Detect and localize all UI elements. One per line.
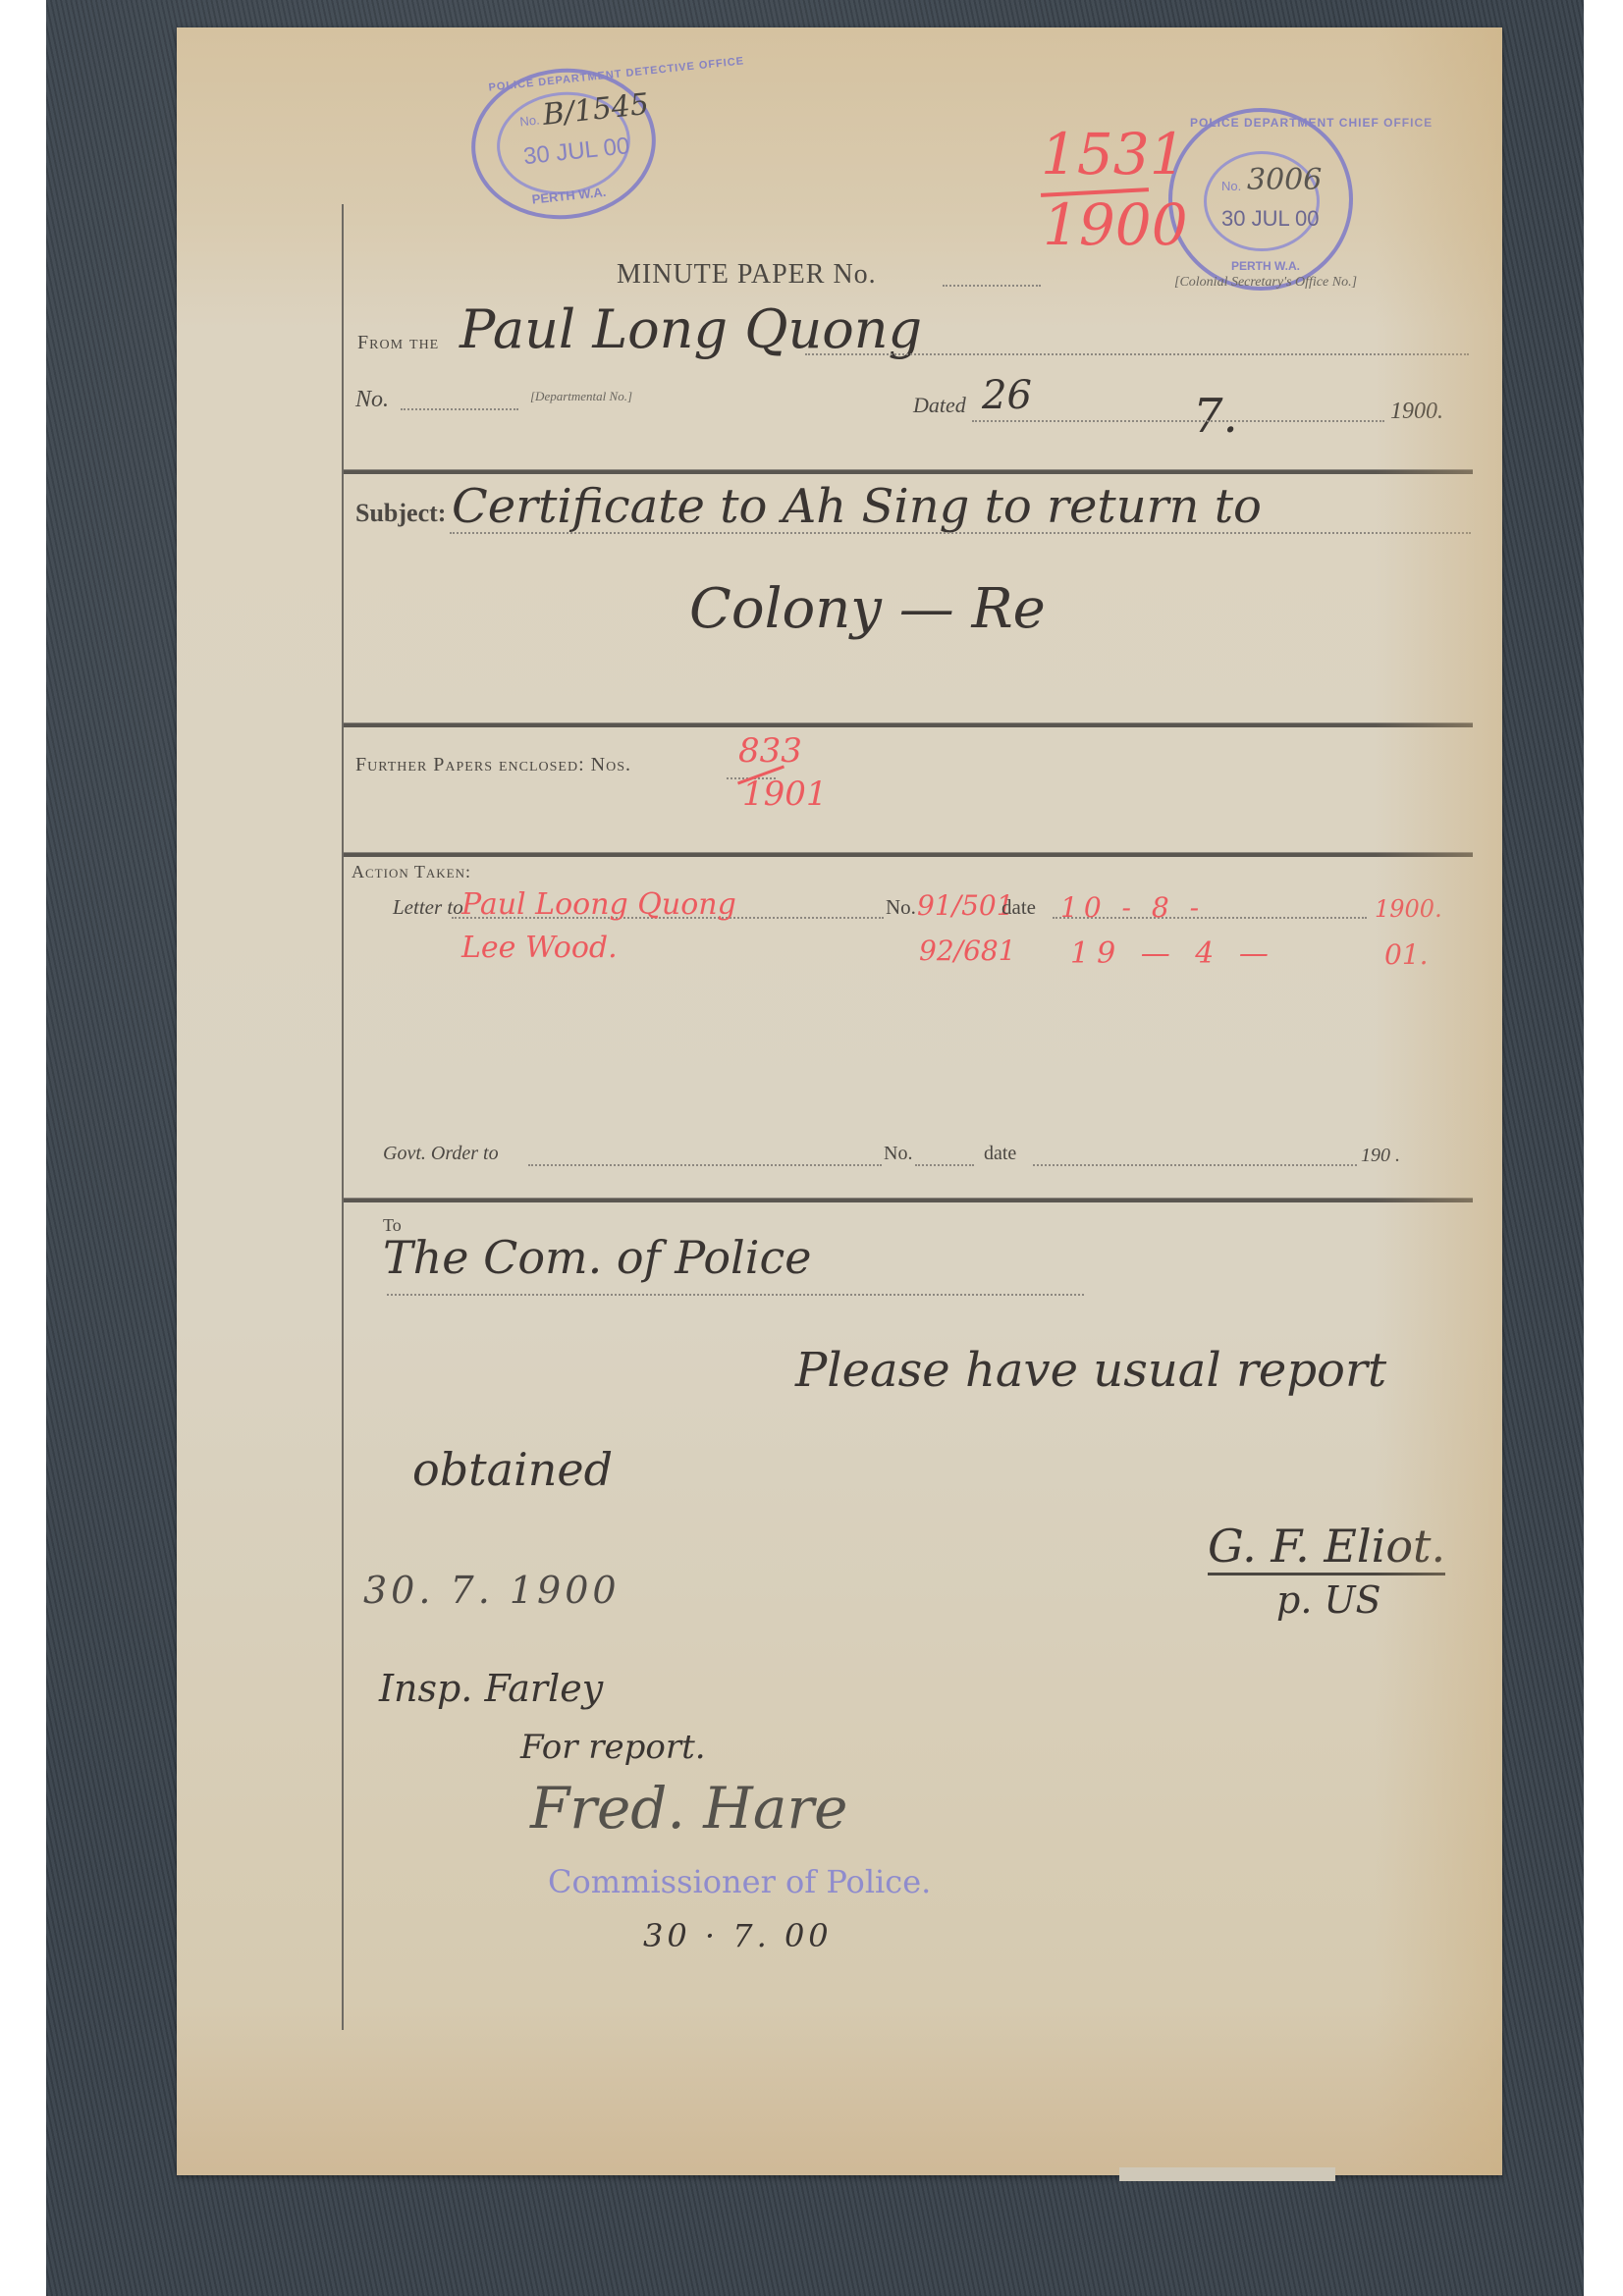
dated-day[interactable]: 26 xyxy=(982,373,1032,418)
stamp-number-label: No. xyxy=(1221,179,1241,193)
commissioner-stamp: Commissioner of Police. xyxy=(548,1863,931,1900)
govt-date-label: date xyxy=(984,1143,1016,1165)
addressee-dotted-line xyxy=(387,1294,1084,1296)
letter-year-1[interactable]: 1900. xyxy=(1375,895,1442,923)
second-date: 30 · 7. 00 xyxy=(643,1917,833,1954)
dated-dotted-line xyxy=(972,420,1384,422)
section-rule xyxy=(344,1198,1473,1202)
govt-no-label: No. xyxy=(884,1143,912,1165)
letter-no-2[interactable]: 92/681 xyxy=(919,934,1016,967)
from-dotted-line xyxy=(805,353,1469,355)
action-taken-label: Action Taken: xyxy=(352,862,471,882)
govt-no-dotted-line xyxy=(915,1164,974,1166)
second-addressee[interactable]: Insp. Farley xyxy=(379,1667,603,1710)
no-label: No. xyxy=(355,387,389,413)
from-label: From the xyxy=(357,332,439,354)
second-body[interactable]: For report. xyxy=(520,1728,706,1767)
govt-order-label: Govt. Order to xyxy=(383,1143,499,1165)
signature-hare: Fred. Hare xyxy=(530,1775,848,1842)
minute-body-line1[interactable]: Please have usual report xyxy=(795,1343,1386,1398)
underlying-sheet-edge xyxy=(1119,2167,1335,2181)
dated-month[interactable]: 7. xyxy=(1193,389,1238,444)
minute-number-top: 1531 xyxy=(1041,126,1186,183)
from-value[interactable]: Paul Long Quong xyxy=(460,298,922,360)
further-papers-bottom: 1901 xyxy=(742,777,828,811)
letter-date-label: date xyxy=(1001,895,1036,920)
subject-dotted-line xyxy=(450,532,1471,534)
form-title: MINUTE PAPER No. xyxy=(617,259,877,291)
dated-label: Dated xyxy=(913,393,966,418)
minute-form: MINUTE PAPER No. [Colonial Secretary's O… xyxy=(342,204,1623,2030)
stamp-number-label: No. xyxy=(519,112,541,129)
minute-paper-sheet: POLICE DEPARTMENT DETECTIVE OFFICE No. B… xyxy=(177,27,1502,2175)
subject-line2[interactable]: Colony — Re xyxy=(689,577,1046,641)
minute-date: 30. 7. 1900 xyxy=(363,1569,621,1612)
signature-eliot: G. F. Eliot. xyxy=(1208,1520,1445,1575)
departmental-label: [Departmental No.] xyxy=(530,389,632,404)
letter-date-1[interactable]: 10 - 8 - xyxy=(1060,891,1205,924)
letter-year-2[interactable]: 01. xyxy=(1384,938,1429,971)
no-dotted-line xyxy=(401,408,518,410)
govt-year: 190 . xyxy=(1361,1145,1400,1167)
section-rule xyxy=(344,852,1473,857)
subject-line1[interactable]: Certificate to Ah Sing to return to xyxy=(452,479,1262,534)
govt-date-dotted-line xyxy=(1033,1164,1357,1166)
title-dotted-line xyxy=(943,285,1041,287)
section-rule xyxy=(344,722,1473,727)
letter-date-2[interactable]: 19 — 4 — xyxy=(1070,936,1276,971)
stamp-number: 3006 xyxy=(1247,163,1322,197)
addressee[interactable]: The Com. of Police xyxy=(383,1231,811,1284)
minute-body-line2[interactable]: obtained xyxy=(412,1443,613,1496)
govt-order-dotted-line xyxy=(528,1164,882,1166)
stamp-ring-text: POLICE DEPARTMENT CHIEF OFFICE xyxy=(1190,116,1433,130)
further-papers-top: 833 xyxy=(738,734,802,768)
stamp-ring-text: POLICE DEPARTMENT DETECTIVE OFFICE xyxy=(488,55,745,93)
letter-no-1[interactable]: 91/501 xyxy=(917,889,1014,922)
colonial-secretary-label: [Colonial Secretary's Office No.] xyxy=(1174,275,1357,291)
dated-year: 1900. xyxy=(1390,399,1443,425)
signature-sub: p. US xyxy=(1276,1578,1381,1622)
letter-recipient-2[interactable]: Lee Wood. xyxy=(461,931,618,965)
detective-office-stamp: POLICE DEPARTMENT DETECTIVE OFFICE No. B… xyxy=(464,60,664,229)
further-papers-label: Further Papers enclosed: Nos. xyxy=(355,754,631,776)
letter-no-label: No. xyxy=(886,895,916,920)
subject-label: Subject: xyxy=(355,499,446,528)
letter-recipient-1[interactable]: Paul Loong Quong xyxy=(461,887,736,922)
section-rule xyxy=(344,469,1473,474)
